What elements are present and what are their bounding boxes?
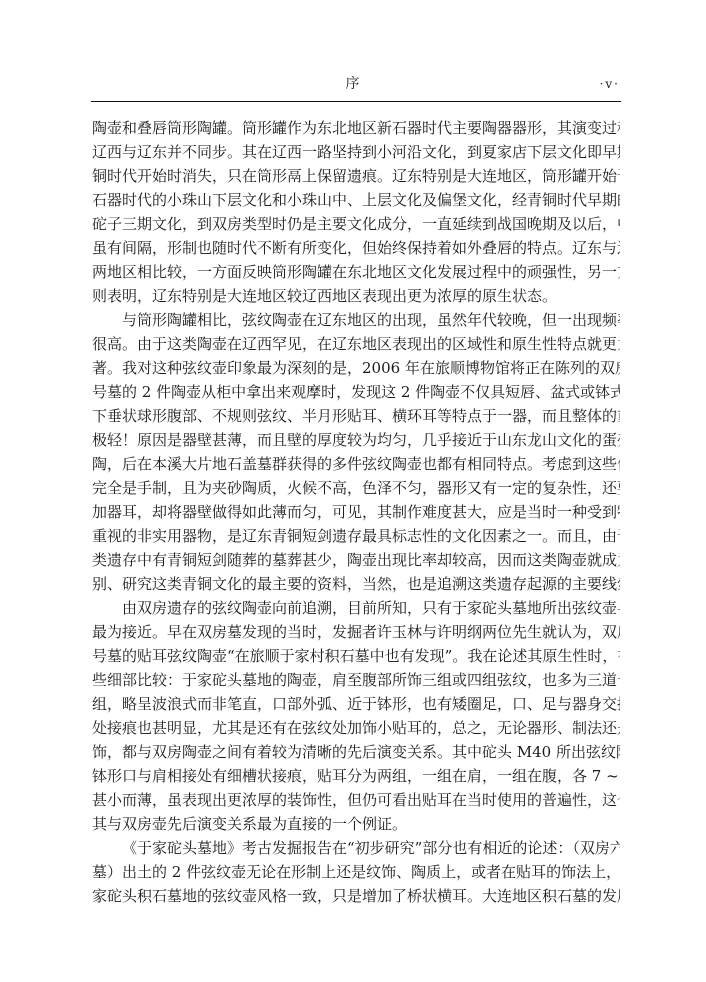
text-line: 甚小而薄，虽表现出更浓厚的装饰性，但仍可看出贴耳在当时使用的普遍性，这也是 bbox=[92, 788, 620, 812]
text-line: 墓）出土的 2 件弦纹壶无论在形制上还是纹饰、陶质上，或者在贴耳的饰法上，都与于 bbox=[92, 860, 620, 884]
text-line: 则表明，辽东特别是大连地区较辽西地区表现出更为浓厚的原生状态。 bbox=[92, 284, 620, 308]
text-line: 处接痕也甚明显，尤其是还有在弦纹处加饰小贴耳的，总之，无论器形、制法还是纹 bbox=[92, 716, 620, 740]
text-line: 砣子三期文化，到双房类型时仍是主要文化成分，一直延续到战国晚期及以后，中间 bbox=[92, 212, 620, 236]
text-line: 家砣头积石墓地的弦纹壶风格一致，只是增加了桥状横耳。大连地区积石墓的发展也 bbox=[92, 884, 620, 908]
header-rule bbox=[91, 101, 621, 102]
text-line: 极轻！原因是器壁甚薄，而且壁的厚度较为均匀，几乎接近于山东龙山文化的蛋壳黑 bbox=[92, 428, 620, 452]
text-line: 辽西与辽东并不同步。其在辽西一路坚持到小河沿文化，到夏家店下层文化即早期青 bbox=[92, 140, 620, 164]
text-line: 石器时代的小珠山下层文化和小珠山中、上层文化及偏堡文化，经青铜时代早期的双 bbox=[92, 188, 620, 212]
text-line: 两地区相比较，一方面反映筒形陶罐在东北地区文化发展过程中的顽强性，另一方面 bbox=[92, 260, 620, 284]
text-line: 别、研究这类青铜文化的最主要的资料，当然，也是追溯这类遗存起源的主要线索。 bbox=[92, 572, 620, 596]
text-line: 铜时代开始时消失，只在筒形鬲上保留遗痕。辽东特别是大连地区，筒形罐开始于新 bbox=[92, 164, 620, 188]
text-line: 著。我对这种弦纹壶印象最为深刻的是，2006 年在旅顺博物馆将正在陈列的双房六 bbox=[92, 356, 620, 380]
page-number: ·v· bbox=[600, 74, 620, 94]
text-line: 饰，都与双房陶壶之间有着较为清晰的先后演变关系。其中砣头 M40 所出弦纹陶壶， bbox=[92, 740, 620, 764]
book-page: 序 ·v· 陶壶和叠唇筒形陶罐。筒形罐作为东北地区新石器时代主要陶器器形，其演变… bbox=[0, 0, 706, 982]
text-line: 与筒形陶罐相比，弦纹陶壶在辽东地区的出现，虽然年代较晚，但一出现频率就 bbox=[92, 308, 620, 332]
text-line: 号墓的 2 件陶壶从柜中拿出来观摩时，发现这 2 件陶壶不仅具短唇、盆式或钵式口… bbox=[92, 380, 620, 404]
text-line: 类遗存中有青铜短剑随葬的墓葬甚少，陶壶出现比率却较高，因而这类陶壶就成为辨 bbox=[92, 548, 620, 572]
text-line: 组，略呈波浪式而非笔直，口部外弧、近于钵形，也有矮圈足，口、足与器身交接 bbox=[92, 692, 620, 716]
text-line: 《于家砣头墓地》考古发掘报告在“初步研究”部分也有相近的论述：（双房六号 bbox=[92, 836, 620, 860]
text-line: 加器耳，却将器壁做得如此薄而匀，可见，其制作难度甚大，应是当时一种受到特殊 bbox=[92, 500, 620, 524]
body-text: 陶壶和叠唇筒形陶罐。筒形罐作为东北地区新石器时代主要陶器器形，其演变过程在辽西与… bbox=[92, 116, 620, 908]
text-line: 其与双房壶先后演变关系最为直接的一个例证。 bbox=[92, 812, 620, 836]
text-line: 陶壶和叠唇筒形陶罐。筒形罐作为东北地区新石器时代主要陶器器形，其演变过程在 bbox=[92, 116, 620, 140]
text-line: 号墓的贴耳弦纹陶壶“在旅顺于家村积石墓中也有发现”。我在论述其原生性时，有 bbox=[92, 644, 620, 668]
text-line: 完全是手制，且为夹砂陶质，火候不高，色泽不匀，器形又有一定的复杂性，还要附 bbox=[92, 476, 620, 500]
text-line: 些细部比较：于家砣头墓地的陶壶，肩至腹部所饰三组或四组弦纹，也多为三道一 bbox=[92, 668, 620, 692]
text-line: 重视的非实用器物，是辽东青铜短剑遗存最具标志性的文化因素之一。而且，由于这 bbox=[92, 524, 620, 548]
text-line: 由双房遗存的弦纹陶壶向前追溯，目前所知，只有于家砣头墓地所出弦纹壶与之 bbox=[92, 596, 620, 620]
text-line: 陶，后在本溪大片地石盖墓群获得的多件弦纹陶壶也都有相同特点。考虑到这些作品 bbox=[92, 452, 620, 476]
text-line: 钵形口与肩相接处有细槽状接痕，贴耳分为两组，一组在肩，一组在腹，各 7 ~ 8 … bbox=[92, 764, 620, 788]
text-line: 虽有间隔，形制也随时代不断有所变化，但始终保持着如外叠唇的特点。辽东与辽西 bbox=[92, 236, 620, 260]
text-line: 最为接近。早在双房墓发现的当时，发掘者许玉林与许明纲两位先生就认为，双房六 bbox=[92, 620, 620, 644]
text-line: 很高。由于这类陶壶在辽西罕见，在辽东地区表现出的区域性和原生性特点就更为显 bbox=[92, 332, 620, 356]
text-line: 下垂状球形腹部、不规则弦纹、半月形贴耳、横环耳等特点于一器，而且整体的重量 bbox=[92, 404, 620, 428]
